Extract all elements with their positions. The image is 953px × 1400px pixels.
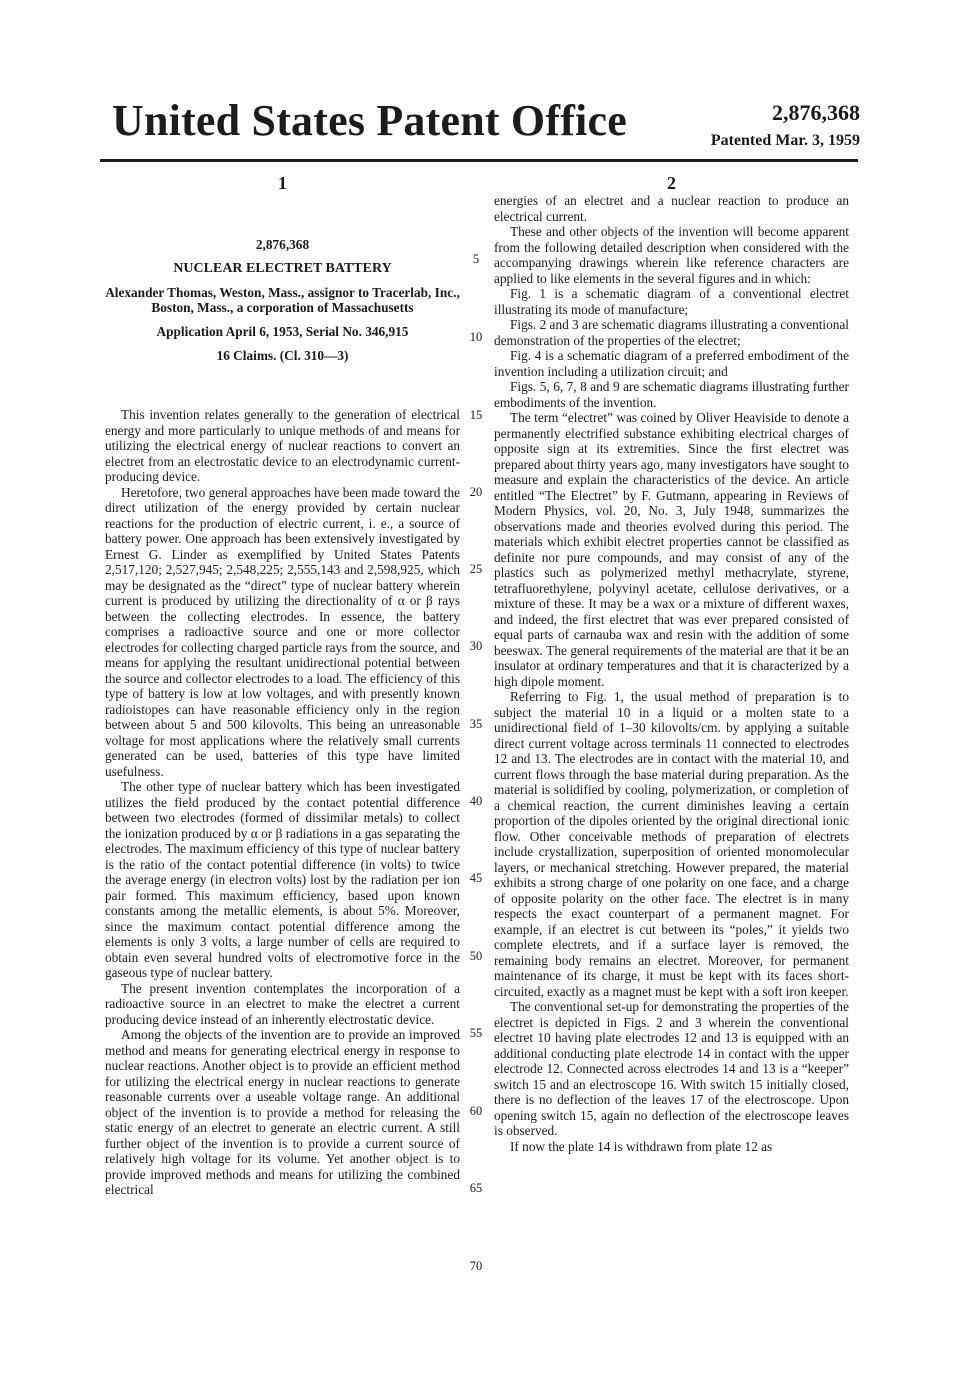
paragraph: Heretofore, two general approaches have … [105, 485, 460, 780]
masthead: United States Patent Office 2,876,368 Pa… [100, 95, 860, 155]
paragraph: The present invention contemplates the i… [105, 981, 460, 1028]
paragraph: Figs. 2 and 3 are schematic diagrams ill… [494, 317, 849, 348]
line-number: 40 [463, 794, 489, 808]
paragraph: These and other objects of the invention… [494, 224, 849, 286]
column-1: This invention relates generally to the … [105, 407, 460, 1198]
column-number-left: 1 [278, 173, 287, 193]
line-number: 25 [463, 562, 489, 576]
patent-title: NUCLEAR ELECTRET BATTERY [105, 261, 460, 276]
column-number-right: 2 [667, 173, 676, 193]
line-number: 60 [463, 1104, 489, 1118]
paragraph: Fig. 4 is a schematic diagram of a prefe… [494, 348, 849, 379]
line-number: 65 [463, 1181, 489, 1195]
line-number: 50 [463, 949, 489, 963]
paragraph: This invention relates generally to the … [105, 407, 460, 485]
patented-date: Patented Mar. 3, 1959 [711, 131, 860, 151]
paragraph: Fig. 1 is a schematic diagram of a conve… [494, 286, 849, 317]
paragraph: The conventional set-up for demonstratin… [494, 999, 849, 1139]
paragraph: The term “electret” was coined by Oliver… [494, 410, 849, 689]
line-number: 10 [463, 330, 489, 344]
masthead-patent-number: 2,876,368 [772, 101, 860, 125]
paragraph: If now the plate 14 is withdrawn from pl… [494, 1139, 849, 1155]
paragraph: Figs. 5, 6, 7, 8 and 9 are schematic dia… [494, 379, 849, 410]
paragraph: Referring to Fig. 1, the usual method of… [494, 689, 849, 999]
line-number: 30 [463, 639, 489, 653]
application-info: Application April 6, 1953, Serial No. 34… [105, 324, 460, 339]
line-number: 5 [463, 252, 489, 266]
column-2: energies of an electret and a nuclear re… [494, 193, 849, 1154]
paragraph: The other type of nuclear battery which … [105, 779, 460, 981]
line-number: 20 [463, 485, 489, 499]
header-patent-number: 2,876,368 [105, 237, 460, 252]
line-number: 55 [463, 1026, 489, 1040]
line-number: 15 [463, 408, 489, 422]
line-number: 45 [463, 871, 489, 885]
paragraph-continuation: energies of an electret and a nuclear re… [494, 193, 849, 224]
claims-classification: 16 Claims. (Cl. 310—3) [105, 348, 460, 363]
line-number: 70 [463, 1259, 489, 1273]
header-rule [100, 159, 858, 162]
patent-header-block: 2,876,368 NUCLEAR ELECTRET BATTERY Alexa… [105, 237, 460, 372]
office-title: United States Patent Office [112, 95, 627, 147]
inventor-assignee: Alexander Thomas, Weston, Mass., assigno… [105, 285, 460, 315]
line-number: 35 [463, 717, 489, 731]
paragraph: Among the objects of the invention are t… [105, 1027, 460, 1198]
